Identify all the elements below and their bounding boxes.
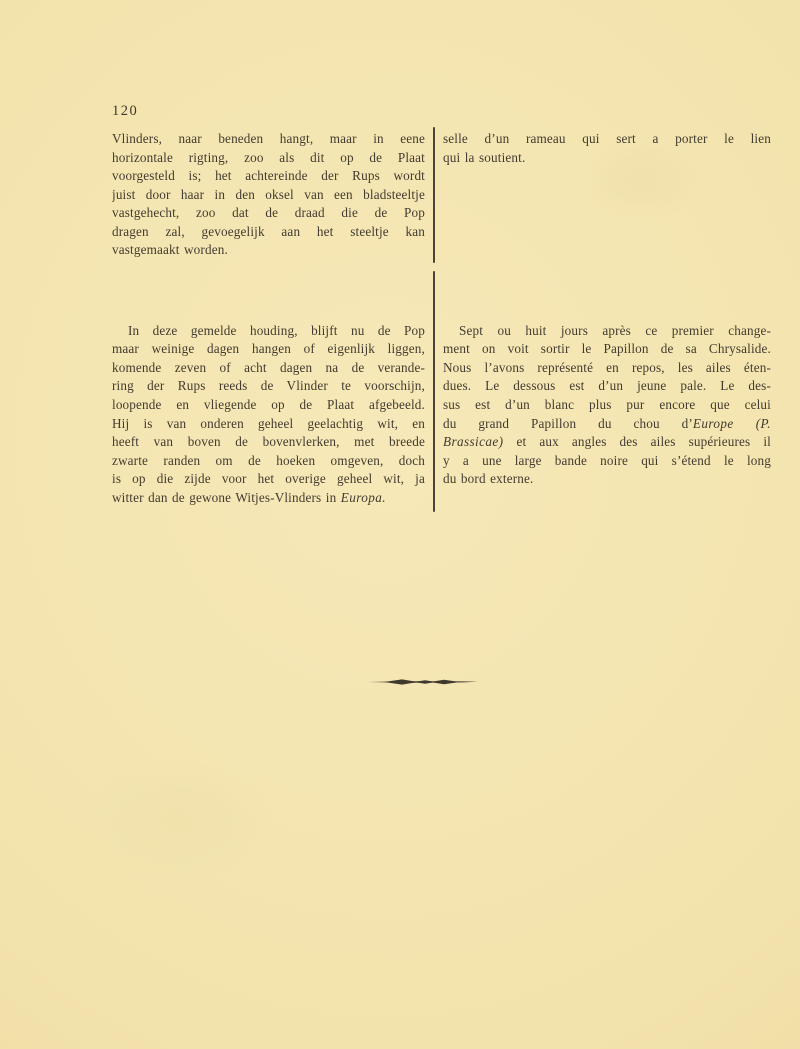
text-line: selle d’un rameau qui sert a porter le l… bbox=[443, 130, 771, 149]
text-line: ment on voit sortir le Papillon de sa Ch… bbox=[443, 340, 771, 359]
text-line: qui la soutient. bbox=[443, 149, 771, 168]
text-line: du grand Papillon du chou d’Europe (P. bbox=[443, 415, 771, 434]
column-divider-rule-top bbox=[433, 127, 435, 263]
text-line: zwarte randen om de hoeken omgeven, doch bbox=[112, 452, 425, 471]
text-line: komende zeven of acht dagen na de verand… bbox=[112, 359, 425, 378]
paragraph: Vlinders, naar beneden hangt, maar in ee… bbox=[112, 130, 425, 260]
book-page: 120 Vlinders, naar beneden hangt, maar i… bbox=[0, 0, 800, 1049]
text-line: vastgehecht, zoo dat de draad die de Pop bbox=[112, 204, 425, 223]
paragraph: In deze gemelde houding, blijft nu de Po… bbox=[112, 322, 425, 507]
text-line: witter dan de gewone Witjes-Vlinders in … bbox=[112, 489, 425, 508]
column-divider-rule-bottom bbox=[433, 271, 435, 512]
text-line: horizontale rigting, zoo als dit op de P… bbox=[112, 149, 425, 168]
paragraph: selle d’un rameau qui sert a porter le l… bbox=[443, 130, 771, 167]
text-line: du bord externe. bbox=[443, 470, 771, 489]
text-line: sus est d’un blanc plus pur encore que c… bbox=[443, 396, 771, 415]
text-line: ring der Rups reeds de Vlinder te voorsc… bbox=[112, 377, 425, 396]
text-line: is op die zijde voor het overige geheel … bbox=[112, 470, 425, 489]
page-number: 120 bbox=[112, 103, 138, 120]
text-line: Brassicae) et aux angles des ailes supér… bbox=[443, 433, 771, 452]
text-line: Hij is van onderen geheel geelachtig wit… bbox=[112, 415, 425, 434]
text-line: maar weinige dagen hangen of eigenlijk l… bbox=[112, 340, 425, 359]
text-line: Vlinders, naar beneden hangt, maar in ee… bbox=[112, 130, 425, 149]
text-line: loopende en vliegende op de Plaat afgebe… bbox=[112, 396, 425, 415]
paragraph: Sept ou huit jours après ce premier chan… bbox=[443, 322, 771, 489]
text-line: vastgemaakt worden. bbox=[112, 241, 425, 260]
text-line: dragen zal, gevoegelijk aan het steeltje… bbox=[112, 223, 425, 242]
text-line: Nous l’avons représenté en repos, les ai… bbox=[443, 359, 771, 378]
left-column-dutch-text: Vlinders, naar beneden hangt, maar in ee… bbox=[112, 130, 425, 507]
text-line: voorgesteld is; het achtereinde der Rups… bbox=[112, 167, 425, 186]
text-line: heeft van boven de bovenvlerken, met bre… bbox=[112, 433, 425, 452]
text-line: dues. Le dessous est d’un jeune pale. Le… bbox=[443, 377, 771, 396]
section-divider-ornament-icon bbox=[368, 676, 478, 688]
right-column-french-text: selle d’un rameau qui sert a porter le l… bbox=[443, 130, 771, 489]
text-line: In deze gemelde houding, blijft nu de Po… bbox=[112, 322, 425, 341]
text-line: Sept ou huit jours après ce premier chan… bbox=[443, 322, 771, 341]
text-line: juist door haar in den oksel van een bla… bbox=[112, 186, 425, 205]
text-line: y a une large bande noire qui s’étend le… bbox=[443, 452, 771, 471]
